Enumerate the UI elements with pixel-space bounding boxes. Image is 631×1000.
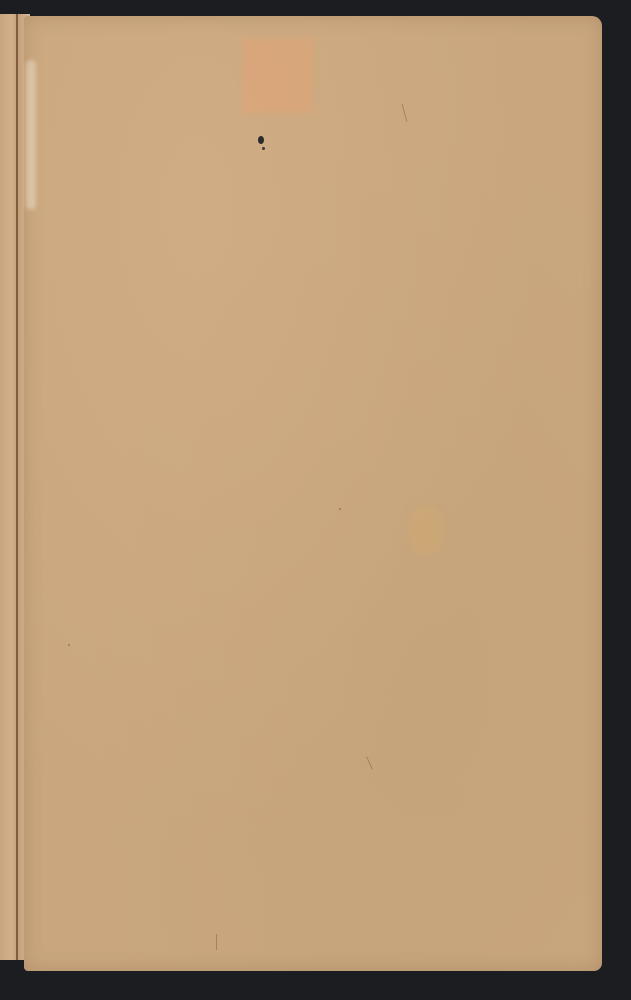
ink-blot — [258, 136, 264, 144]
paper-fleck — [68, 644, 70, 646]
stamp-stain — [242, 38, 314, 113]
binding-crease — [16, 14, 18, 960]
blank-page — [24, 16, 602, 971]
water-stain — [408, 504, 444, 556]
paper-fleck — [402, 104, 408, 122]
paper-fleck — [339, 508, 341, 510]
paper-fleck — [366, 756, 373, 769]
ink-speck — [262, 147, 265, 150]
paper-fleck — [216, 934, 217, 950]
page-fold — [26, 60, 36, 210]
